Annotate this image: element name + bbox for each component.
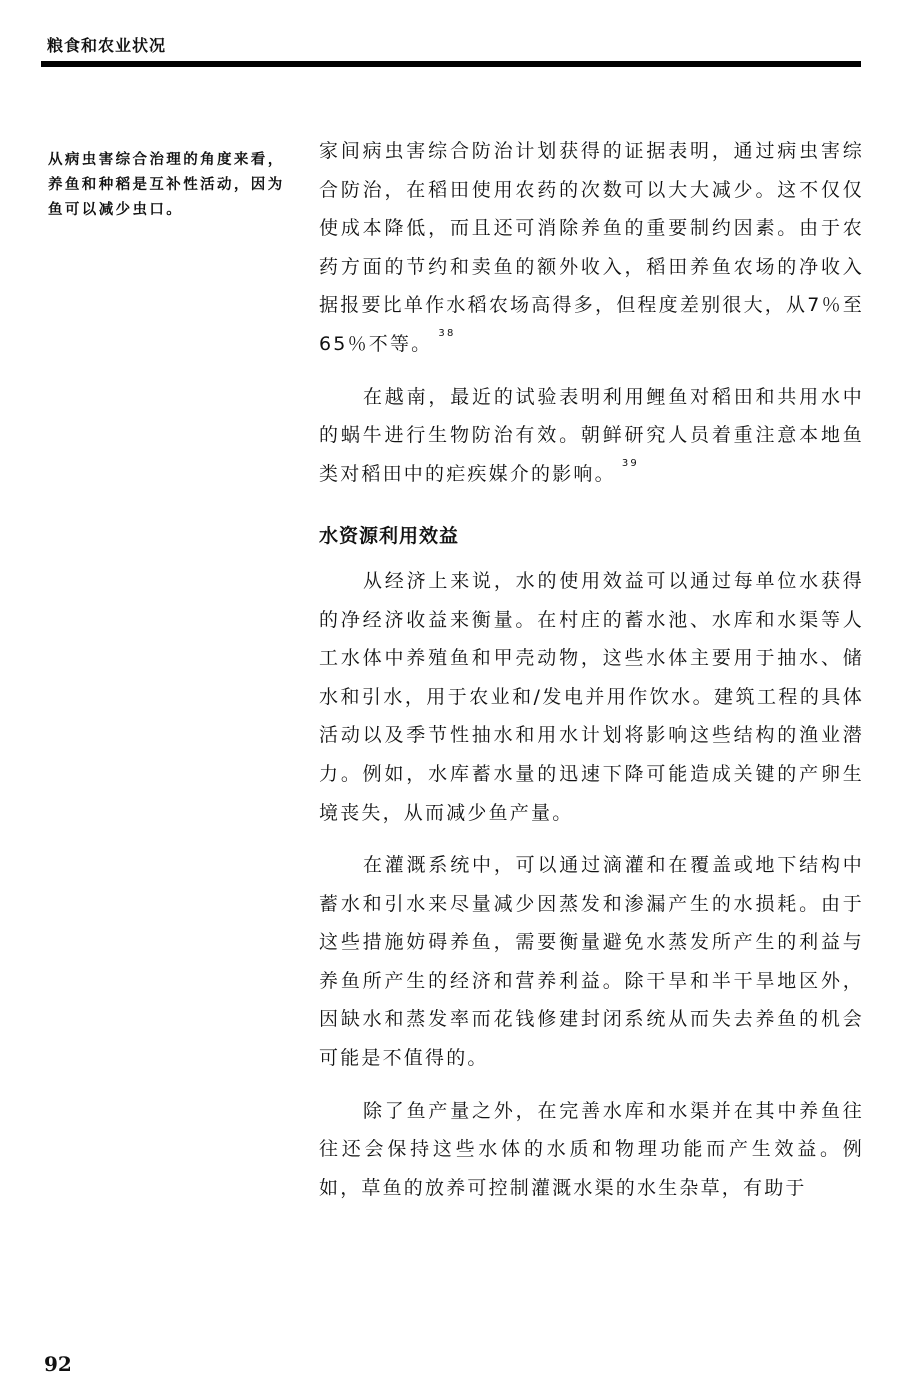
header-rule [41,61,861,67]
footnote-ref-38: 38 [438,328,455,339]
paragraph-irrigation-systems: 在灌溉系统中，可以通过滴灌和在覆盖或地下结构中蓄水和引水来尽量减少因蒸发和渗漏产… [319,846,864,1078]
paragraph-water-economics: 从经济上来说，水的使用效益可以通过每单位水获得的净经济收益来衡量。在村庄的蓄水池… [319,562,864,832]
margin-note: 从病虫害综合治理的角度来看，养鱼和种稻是互补性活动，因为鱼可以减少虫口。 [48,147,288,222]
paragraph-ipm-evidence: 家间病虫害综合防治计划获得的证据表明，通过病虫害综合防治，在稻田使用农药的次数可… [319,132,864,364]
footnote-ref-39: 39 [622,458,639,469]
section-heading: 水资源利用效益 [319,517,864,556]
page-number: 92 [44,1352,72,1376]
paragraph-water-quality-benefits: 除了鱼产量之外，在完善水库和水渠并在其中养鱼往往还会保持这些水体的水质和物理功能… [319,1092,864,1208]
running-head: 粮食和农业状况 [47,33,166,56]
paragraph-vietnam-trials: 在越南，最近的试验表明利用鲤鱼对稻田和共用水中的蜗牛进行生物防治有效。朝鲜研究人… [319,378,864,494]
paragraph-text: 在越南，最近的试验表明利用鲤鱼对稻田和共用水中的蜗牛进行生物防治有效。朝鲜研究人… [319,386,864,485]
main-text-column: 家间病虫害综合防治计划获得的证据表明，通过病虫害综合防治，在稻田使用农药的次数可… [319,132,864,1207]
paragraph-text: 家间病虫害综合防治计划获得的证据表明，通过病虫害综合防治，在稻田使用农药的次数可… [319,140,864,355]
